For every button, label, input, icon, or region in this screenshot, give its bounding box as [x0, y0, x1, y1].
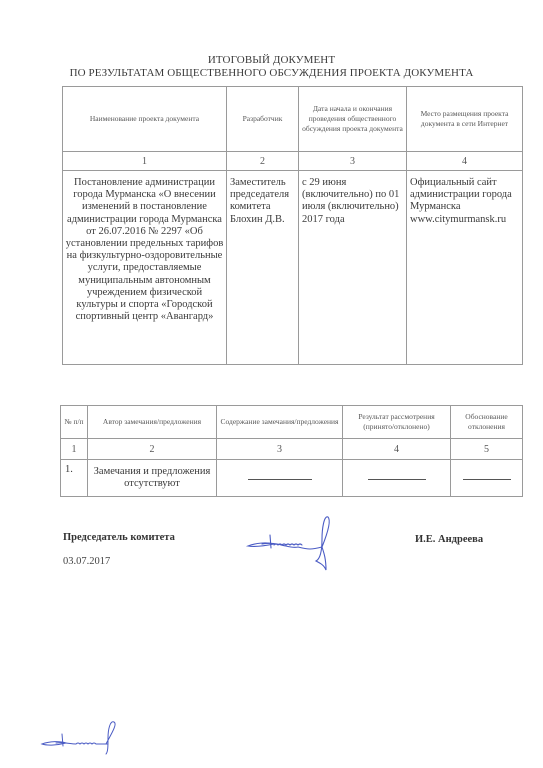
header-author: Автор замечания/предложения — [88, 406, 217, 439]
column-number: 4 — [407, 152, 523, 171]
developer-cell: Заместитель председателя комитета Блохин… — [227, 171, 299, 365]
row-index: 1. — [61, 460, 88, 497]
header-content: Содержание замечания/предложения — [217, 406, 343, 439]
initials-signature — [38, 720, 138, 760]
column-number: 3 — [299, 152, 407, 171]
justification-cell — [451, 460, 523, 497]
column-number: 2 — [227, 152, 299, 171]
dates-cell: с 29 июня (включительно) по 01 июля (вкл… — [299, 171, 407, 365]
column-number: 5 — [451, 439, 523, 460]
result-cell — [343, 460, 451, 497]
location-cell: Официальный сайт администрации города Му… — [407, 171, 523, 365]
content-cell — [217, 460, 343, 497]
signer-name: И.Е. Андреева — [415, 534, 483, 545]
document-title: ИТОГОВЫЙ ДОКУМЕНТ — [0, 54, 543, 67]
header-project-name: Наименование проекта документа — [63, 87, 227, 152]
signature-date: 03.07.2017 — [63, 556, 110, 567]
empty-dash — [463, 479, 511, 480]
handwritten-signature — [244, 515, 344, 575]
table-row: Постановление администрации города Мурма… — [63, 171, 523, 365]
header-result: Результат рассмотрения (принято/отклонен… — [343, 406, 451, 439]
table-row: 1. Замечания и предложения отсутствуют — [61, 460, 523, 497]
column-number: 3 — [217, 439, 343, 460]
header-developer: Разработчик — [227, 87, 299, 152]
author-cell: Замечания и предложения отсутствуют — [88, 460, 217, 497]
column-number: 1 — [63, 152, 227, 171]
empty-dash — [368, 479, 426, 480]
header-index: № п/п — [61, 406, 88, 439]
document-subtitle: ПО РЕЗУЛЬТАТАМ ОБЩЕСТВЕННОГО ОБСУЖДЕНИЯ … — [0, 67, 543, 80]
column-number: 2 — [88, 439, 217, 460]
header-dates: Дата начала и окончания проведения общес… — [299, 87, 407, 152]
project-name-cell: Постановление администрации города Мурма… — [63, 171, 227, 365]
header-location: Место размещения проекта документа в сет… — [407, 87, 523, 152]
empty-dash — [248, 479, 312, 480]
column-number: 4 — [343, 439, 451, 460]
signer-role: Председатель комитета — [63, 532, 175, 543]
header-justification: Обоснование отклонения — [451, 406, 523, 439]
comments-table: № п/п Автор замечания/предложения Содерж… — [60, 405, 523, 497]
column-number: 1 — [61, 439, 88, 460]
project-info-table: Наименование проекта документа Разработч… — [62, 86, 523, 365]
